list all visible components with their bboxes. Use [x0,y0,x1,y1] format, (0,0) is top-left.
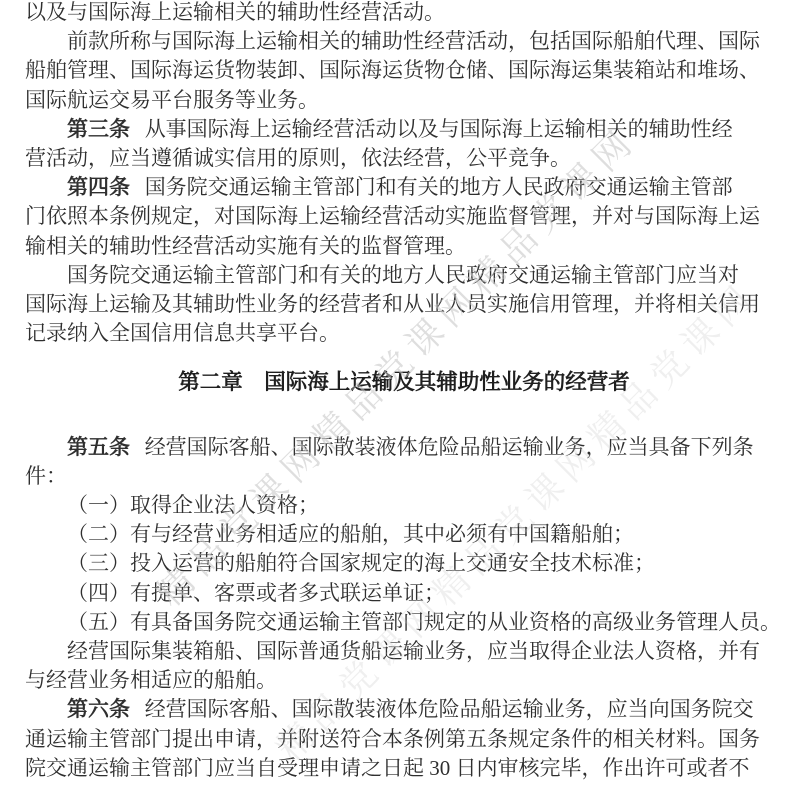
article-paragraph: 第三条从事国际海上运输经营活动以及与国际海上运输相关的辅助性经 营活动，应当遵循… [25,115,783,173]
article-number: 第四条 [67,175,130,199]
list-item: （四）有提单、客票或者多式联运单证； [25,579,783,608]
article-number: 第五条 [67,435,130,459]
paragraph-text: 国务院交通运输主管部门和有关的地方人民政府交通运输主管部 门依照本条例规定，对国… [25,175,760,257]
scanned-document-page: { "page": { "background": "#ffffff", "te… [0,0,800,800]
list-item: （五）有具备国务院交通运输主管部门规定的从业资格的高级业务管理人员。 [25,608,783,637]
article-paragraph: 第五条经营国际客船、国际散装液体危险品船运输业务，应当具备下列条 件： [25,433,783,491]
paragraph-text: 前款所称与国际海上运输相关的辅助性经营活动，包括国际船舶代理、国际 船舶管理、国… [25,29,760,111]
article-paragraph: 第六条经营国际客船、国际散装液体危险品船运输业务，应当向国务院交 通运输主管部门… [25,695,783,783]
paragraph-text: （三）投入运营的船舶符合国家规定的海上交通安全技术标准； [67,551,655,575]
article-paragraph: 第四条国务院交通运输主管部门和有关的地方人民政府交通运输主管部 门依照本条例规定… [25,173,783,261]
paragraph-text: 国务院交通运输主管部门和有关的地方人民政府交通运输主管部门应当对 国际海上运输及… [25,263,760,345]
article-number: 第三条 [67,117,130,141]
list-item: （二）有与经营业务相适应的船舶，其中必须有中国籍船舶； [25,520,783,549]
list-item: （一）取得企业法人资格； [25,491,783,520]
paragraph-text: 经营国际客船、国际散装液体危险品船运输业务，应当具备下列条 件： [25,435,754,488]
paragraph-text: （四）有提单、客票或者多式联运单证； [67,581,445,605]
paragraph-text: 从事国际海上运输经营活动以及与国际海上运输相关的辅助性经 营活动，应当遵循诚实信… [25,117,733,170]
paragraph-text: （五）有具备国务院交通运输主管部门规定的从业资格的高级业务管理人员。 [67,610,781,634]
document-body: 以及与国际海上运输相关的辅助性经营活动。前款所称与国际海上运输相关的辅助性经营活… [25,0,783,783]
article-number: 第六条 [67,697,130,721]
list-item: （三）投入运营的船舶符合国家规定的海上交通安全技术标准； [25,549,783,578]
paragraph: 国务院交通运输主管部门和有关的地方人民政府交通运输主管部门应当对 国际海上运输及… [25,261,783,349]
paragraph-text: 经营国际集装箱船、国际普通货船运输业务，应当取得企业法人资格，并有 与经营业务相… [25,639,760,692]
paragraph-text: （二）有与经营业务相适应的船舶，其中必须有中国籍船舶； [67,522,634,546]
paragraph: 经营国际集装箱船、国际普通货船运输业务，应当取得企业法人资格，并有 与经营业务相… [25,637,783,695]
paragraph: 前款所称与国际海上运输相关的辅助性经营活动，包括国际船舶代理、国际 船舶管理、国… [25,27,783,115]
continuation-line: 以及与国际海上运输相关的辅助性经营活动。 [25,0,783,27]
paragraph-text: 以及与国际海上运输相关的辅助性经营活动。 [25,0,445,24]
paragraph-text: 经营国际客船、国际散装液体危险品船运输业务，应当向国务院交 通运输主管部门提出申… [25,697,760,779]
paragraph-text: （一）取得企业法人资格； [67,493,319,517]
chapter-heading: 第二章 国际海上运输及其辅助性业务的经营者 [25,368,783,397]
